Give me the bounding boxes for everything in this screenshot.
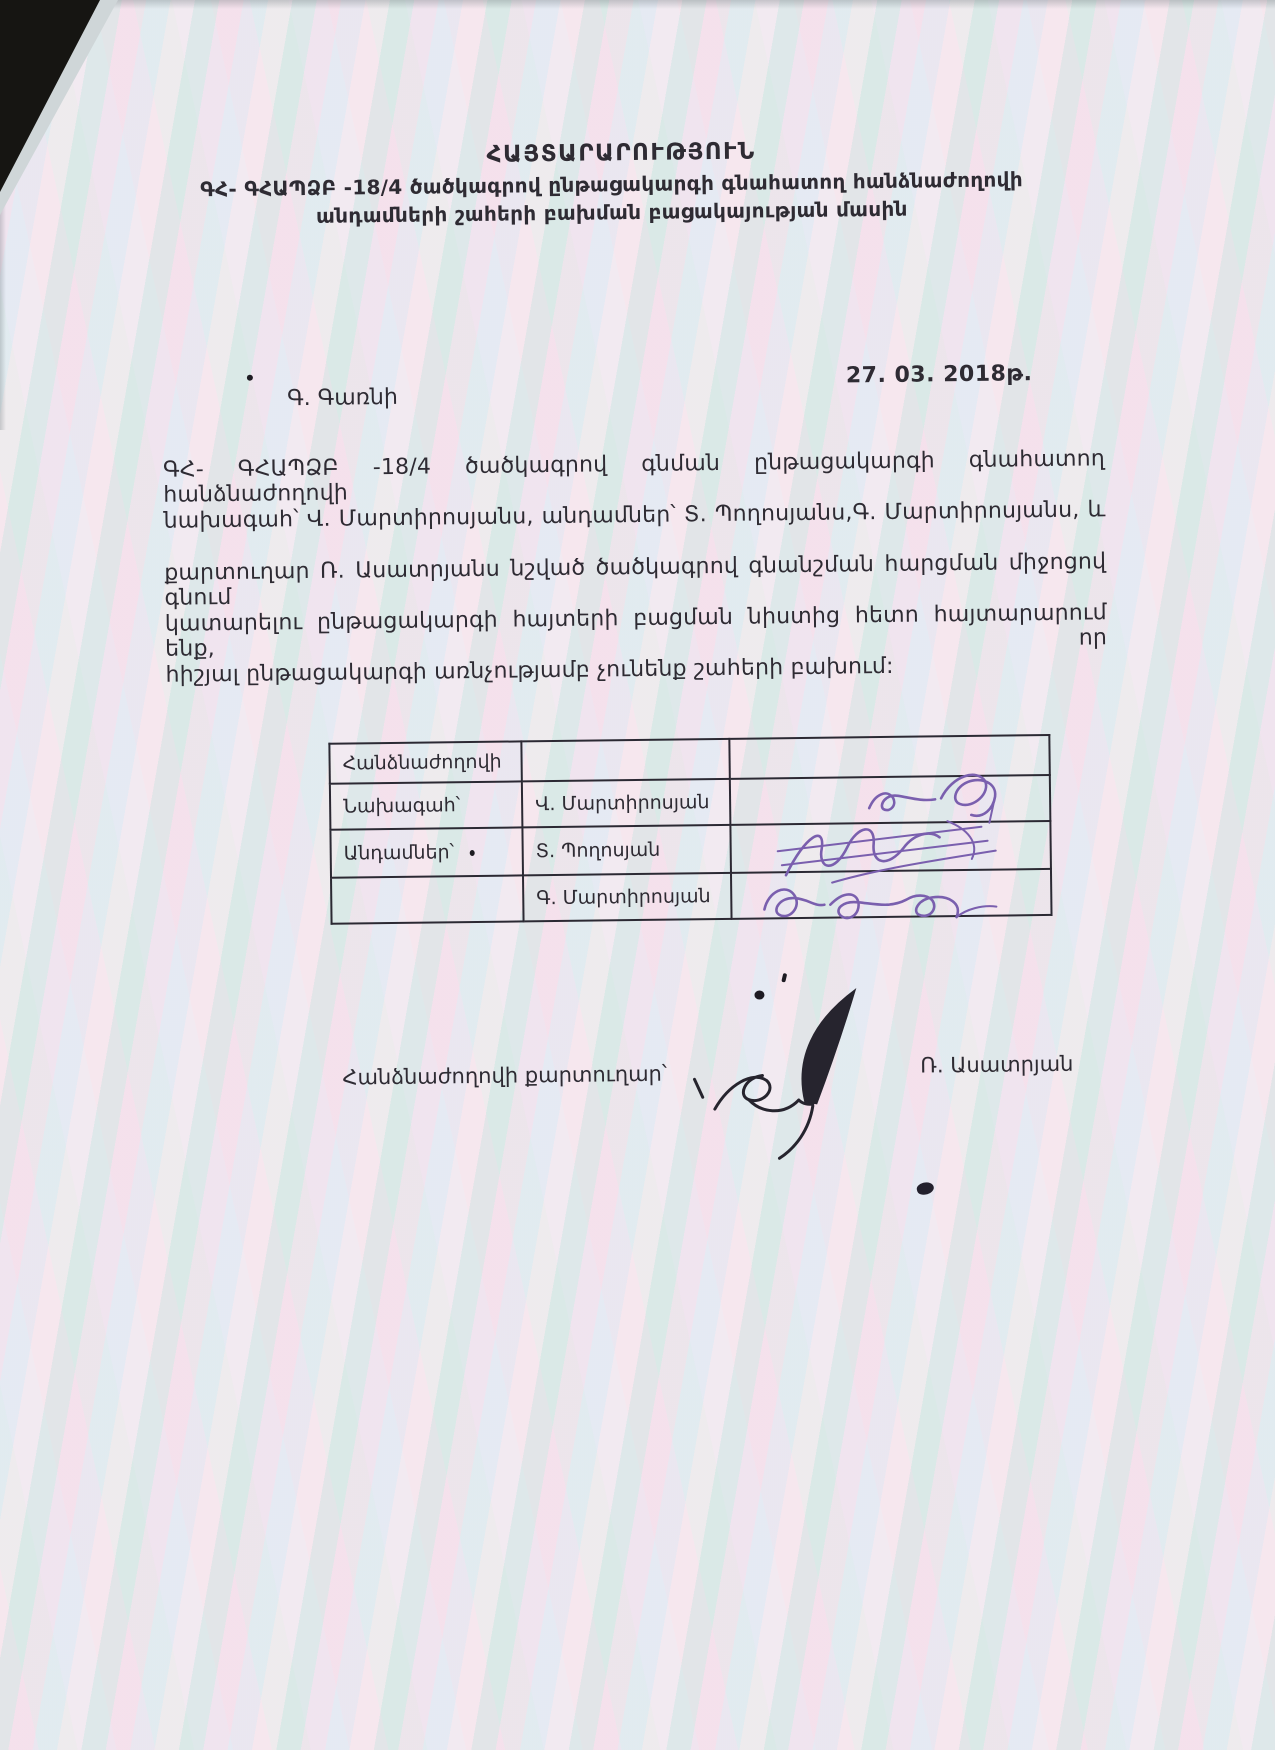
table-cell-role: Հանձնաժողովի bbox=[329, 741, 521, 783]
table-cell-signature bbox=[730, 821, 1051, 873]
table-cell-name: Տ. Պողոսյան bbox=[522, 825, 731, 876]
table-cell-signature bbox=[731, 869, 1052, 919]
secretary-name: Ռ. Ասատրյան bbox=[920, 1052, 1073, 1078]
table-cell-name bbox=[521, 739, 729, 782]
handwritten-signature-icon bbox=[683, 985, 915, 1178]
scanned-document: ՀԱՅՏԱՐԱՐՈՒԹՅՈՒՆ ԳՀ- ԳՀԱՊՁԲ -18/4 ծածկագր… bbox=[0, 0, 1275, 1750]
table-cell-name: Գ. Մարտիրոսյան bbox=[523, 873, 732, 922]
document-title: ՀԱՅՏԱՐԱՐՈՒԹՅՈՒՆ bbox=[141, 134, 1101, 172]
committee-signature-table: Հանձնաժողովի Նախագահ՝ Վ. Մարտիրոսյան Անդ… bbox=[328, 734, 1052, 925]
document-content: ՀԱՅՏԱՐԱՐՈՒԹՅՈՒՆ ԳՀ- ԳՀԱՊՁԲ -18/4 ծածկագր… bbox=[0, 0, 1275, 1750]
secretary-label: Հանձնաժողովի քարտուղար՝ bbox=[342, 1062, 667, 1090]
ink-speck bbox=[781, 973, 787, 983]
table-cell-signature bbox=[729, 735, 1049, 779]
table-row: Գ. Մարտիրոսյան bbox=[331, 869, 1052, 924]
table-cell-name: Վ. Մարտիրոսյան bbox=[522, 779, 731, 828]
table-cell-role: Նախագահ՝ bbox=[330, 781, 523, 829]
ink-blob bbox=[916, 1181, 935, 1197]
date-label: 27. 03. 2018թ. bbox=[846, 361, 1033, 388]
handwritten-signature-icon bbox=[750, 866, 1051, 930]
table-cell-role: Անդամներ՝ bbox=[330, 827, 523, 877]
table-row: Անդամներ՝ Տ. Պողոսյան bbox=[330, 821, 1051, 878]
place-label: Գ. Գառնի bbox=[287, 385, 398, 411]
table-cell-signature bbox=[730, 775, 1051, 825]
ink-speck bbox=[470, 850, 475, 856]
table-cell-role bbox=[331, 875, 524, 923]
ink-speck bbox=[247, 375, 253, 381]
ink-speck bbox=[754, 990, 764, 999]
